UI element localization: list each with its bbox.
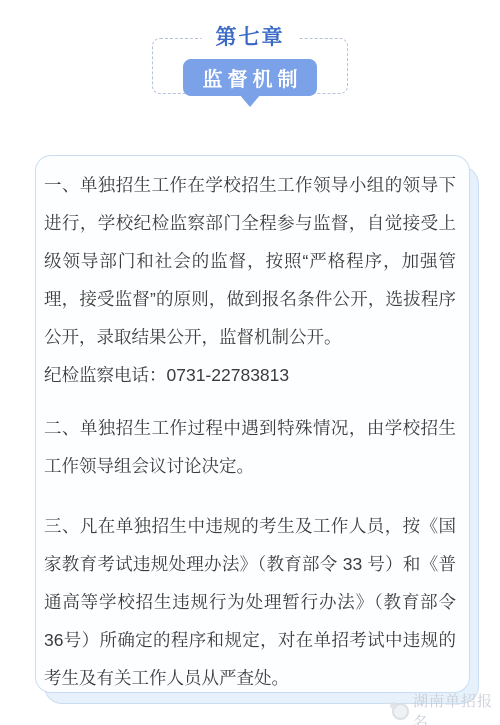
- section-badge: 监督机制: [183, 59, 317, 96]
- page: 第七章 监督机制 一、单独招生工作在学校招生工作领导小组的领导下进行，学校纪检监…: [0, 0, 500, 725]
- section-badge-label: 监督机制: [198, 63, 303, 92]
- chapter-header: 第七章 监督机制: [0, 38, 500, 94]
- chapter-dashed-box: 第七章 监督机制: [152, 38, 348, 94]
- content-card: 一、单独招生工作在学校招生工作领导小组的领导下进行，学校纪检监察部门全程参与监督…: [35, 155, 470, 693]
- watermark-label: 湖南单招报名: [413, 690, 500, 725]
- supervision-phone-line: 纪检监察电话：0731-22783813: [44, 356, 456, 394]
- watermark: 湖南单招报名: [392, 690, 500, 725]
- paragraph-violations: 三、凡在单独招生中违规的考生及工作人员，按《国家教育考试违规处理办法》（教育部令…: [44, 507, 456, 697]
- chapter-title: 第七章: [202, 25, 299, 51]
- content-card-wrap: 一、单独招生工作在学校招生工作领导小组的领导下进行，学校纪检监察部门全程参与监督…: [35, 155, 470, 693]
- watermark-logo-icon: [392, 703, 409, 720]
- paragraph-supervision-leadership: 一、单独招生工作在学校招生工作领导小组的领导下进行，学校纪检监察部门全程参与监督…: [44, 166, 456, 356]
- paragraph-special-cases: 二、单独招生工作过程中遇到特殊情况，由学校招生工作领导组会议讨论决定。: [44, 409, 456, 485]
